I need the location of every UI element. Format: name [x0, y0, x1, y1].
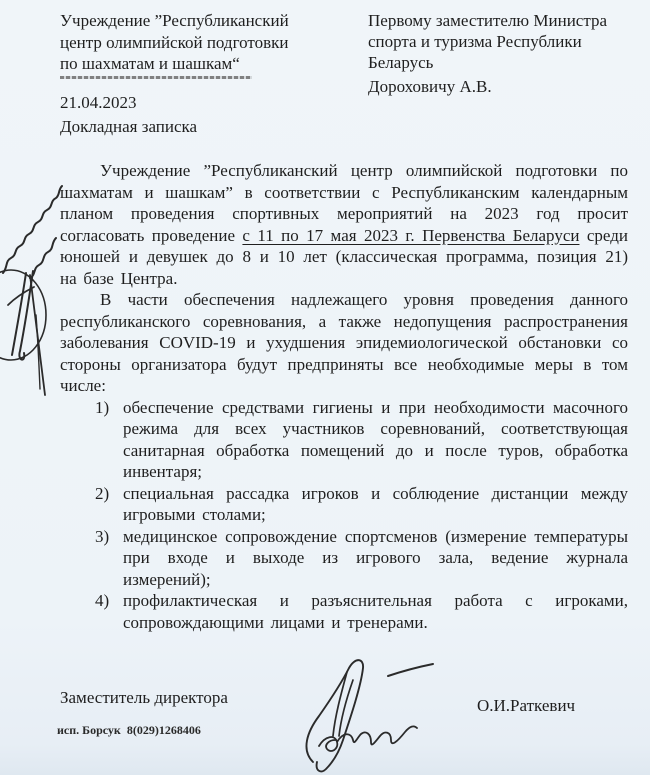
signature-inner-stroke-2 — [339, 680, 353, 736]
recipient-line-2: спорта и туризма Республики — [368, 31, 633, 52]
sender-line-3: по шахматам и шашкам“ — [60, 53, 365, 75]
sender-line-2: центр олимпийской подготовки — [60, 32, 365, 54]
document-type-title: Докладная записка — [60, 117, 197, 137]
margin-signature-stroke-1 — [12, 273, 26, 355]
recipient-line-3: Беларусь — [368, 52, 633, 73]
signature-loop-stroke — [306, 660, 363, 771]
paragraph-1: Учреждение ”Республиканский центр олимпи… — [60, 160, 628, 289]
list-item-3-number: 3) — [95, 526, 109, 548]
signature-dash-stroke — [388, 664, 433, 676]
paragraph-1-underlined-dates: с 11 по 17 мая 2023 г. Первенства Белару… — [242, 226, 579, 245]
margin-handwriting-note — [0, 165, 95, 400]
list-item-3-text: медицинское сопровождение спортсменов (и… — [123, 527, 628, 589]
paragraph-2: В части обеспечения надлежащего уровня п… — [60, 289, 628, 397]
recipient-name: Дороховичу А.В. — [368, 76, 633, 97]
list-item-3: 3) медицинское сопровождение спортсменов… — [60, 526, 628, 591]
executor-contact: исп. Борсук 8(029)1268406 — [57, 723, 201, 738]
list-item-4-number: 4) — [95, 590, 109, 612]
list-item-1: 1) обеспечение средствами гигиены и при … — [60, 397, 628, 483]
sender-underline — [60, 76, 252, 79]
recipient-line-1: Первому заместителю Министра — [368, 10, 633, 31]
margin-script-stroke-2 — [30, 238, 56, 278]
list-item-2-number: 2) — [95, 483, 109, 505]
sender-line-1: Учреждение ”Республиканский — [60, 10, 365, 32]
list-item-4-text: профилактическая и разъяснительная работ… — [123, 591, 628, 632]
list-item-4: 4) профилактическая и разъяснительная ра… — [60, 590, 628, 633]
document-date: 21.04.2023 — [60, 93, 137, 113]
signer-name: О.И.Раткевич — [477, 696, 575, 716]
recipient-block: Первому заместителю Министра спорта и ту… — [368, 10, 633, 97]
list-item-1-text: обеспечение средствами гигиены и при нео… — [123, 398, 628, 482]
signer-title: Заместитель директора — [60, 688, 228, 708]
director-signature-flourish — [293, 650, 448, 775]
sender-block: Учреждение ”Республиканский центр олимпи… — [60, 10, 365, 79]
document-body: Учреждение ”Республиканский центр олимпи… — [60, 160, 628, 633]
list-item-2-text: специальная рассадка игроков и соблюдени… — [123, 484, 628, 525]
list-item-1-number: 1) — [95, 397, 109, 419]
list-item-2: 2) специальная рассадка игроков и соблюд… — [60, 483, 628, 526]
margin-script-stroke-1 — [3, 186, 62, 273]
scanned-memo-page: { "style": { "paper": "#eef3f8", "ink": … — [0, 0, 650, 775]
